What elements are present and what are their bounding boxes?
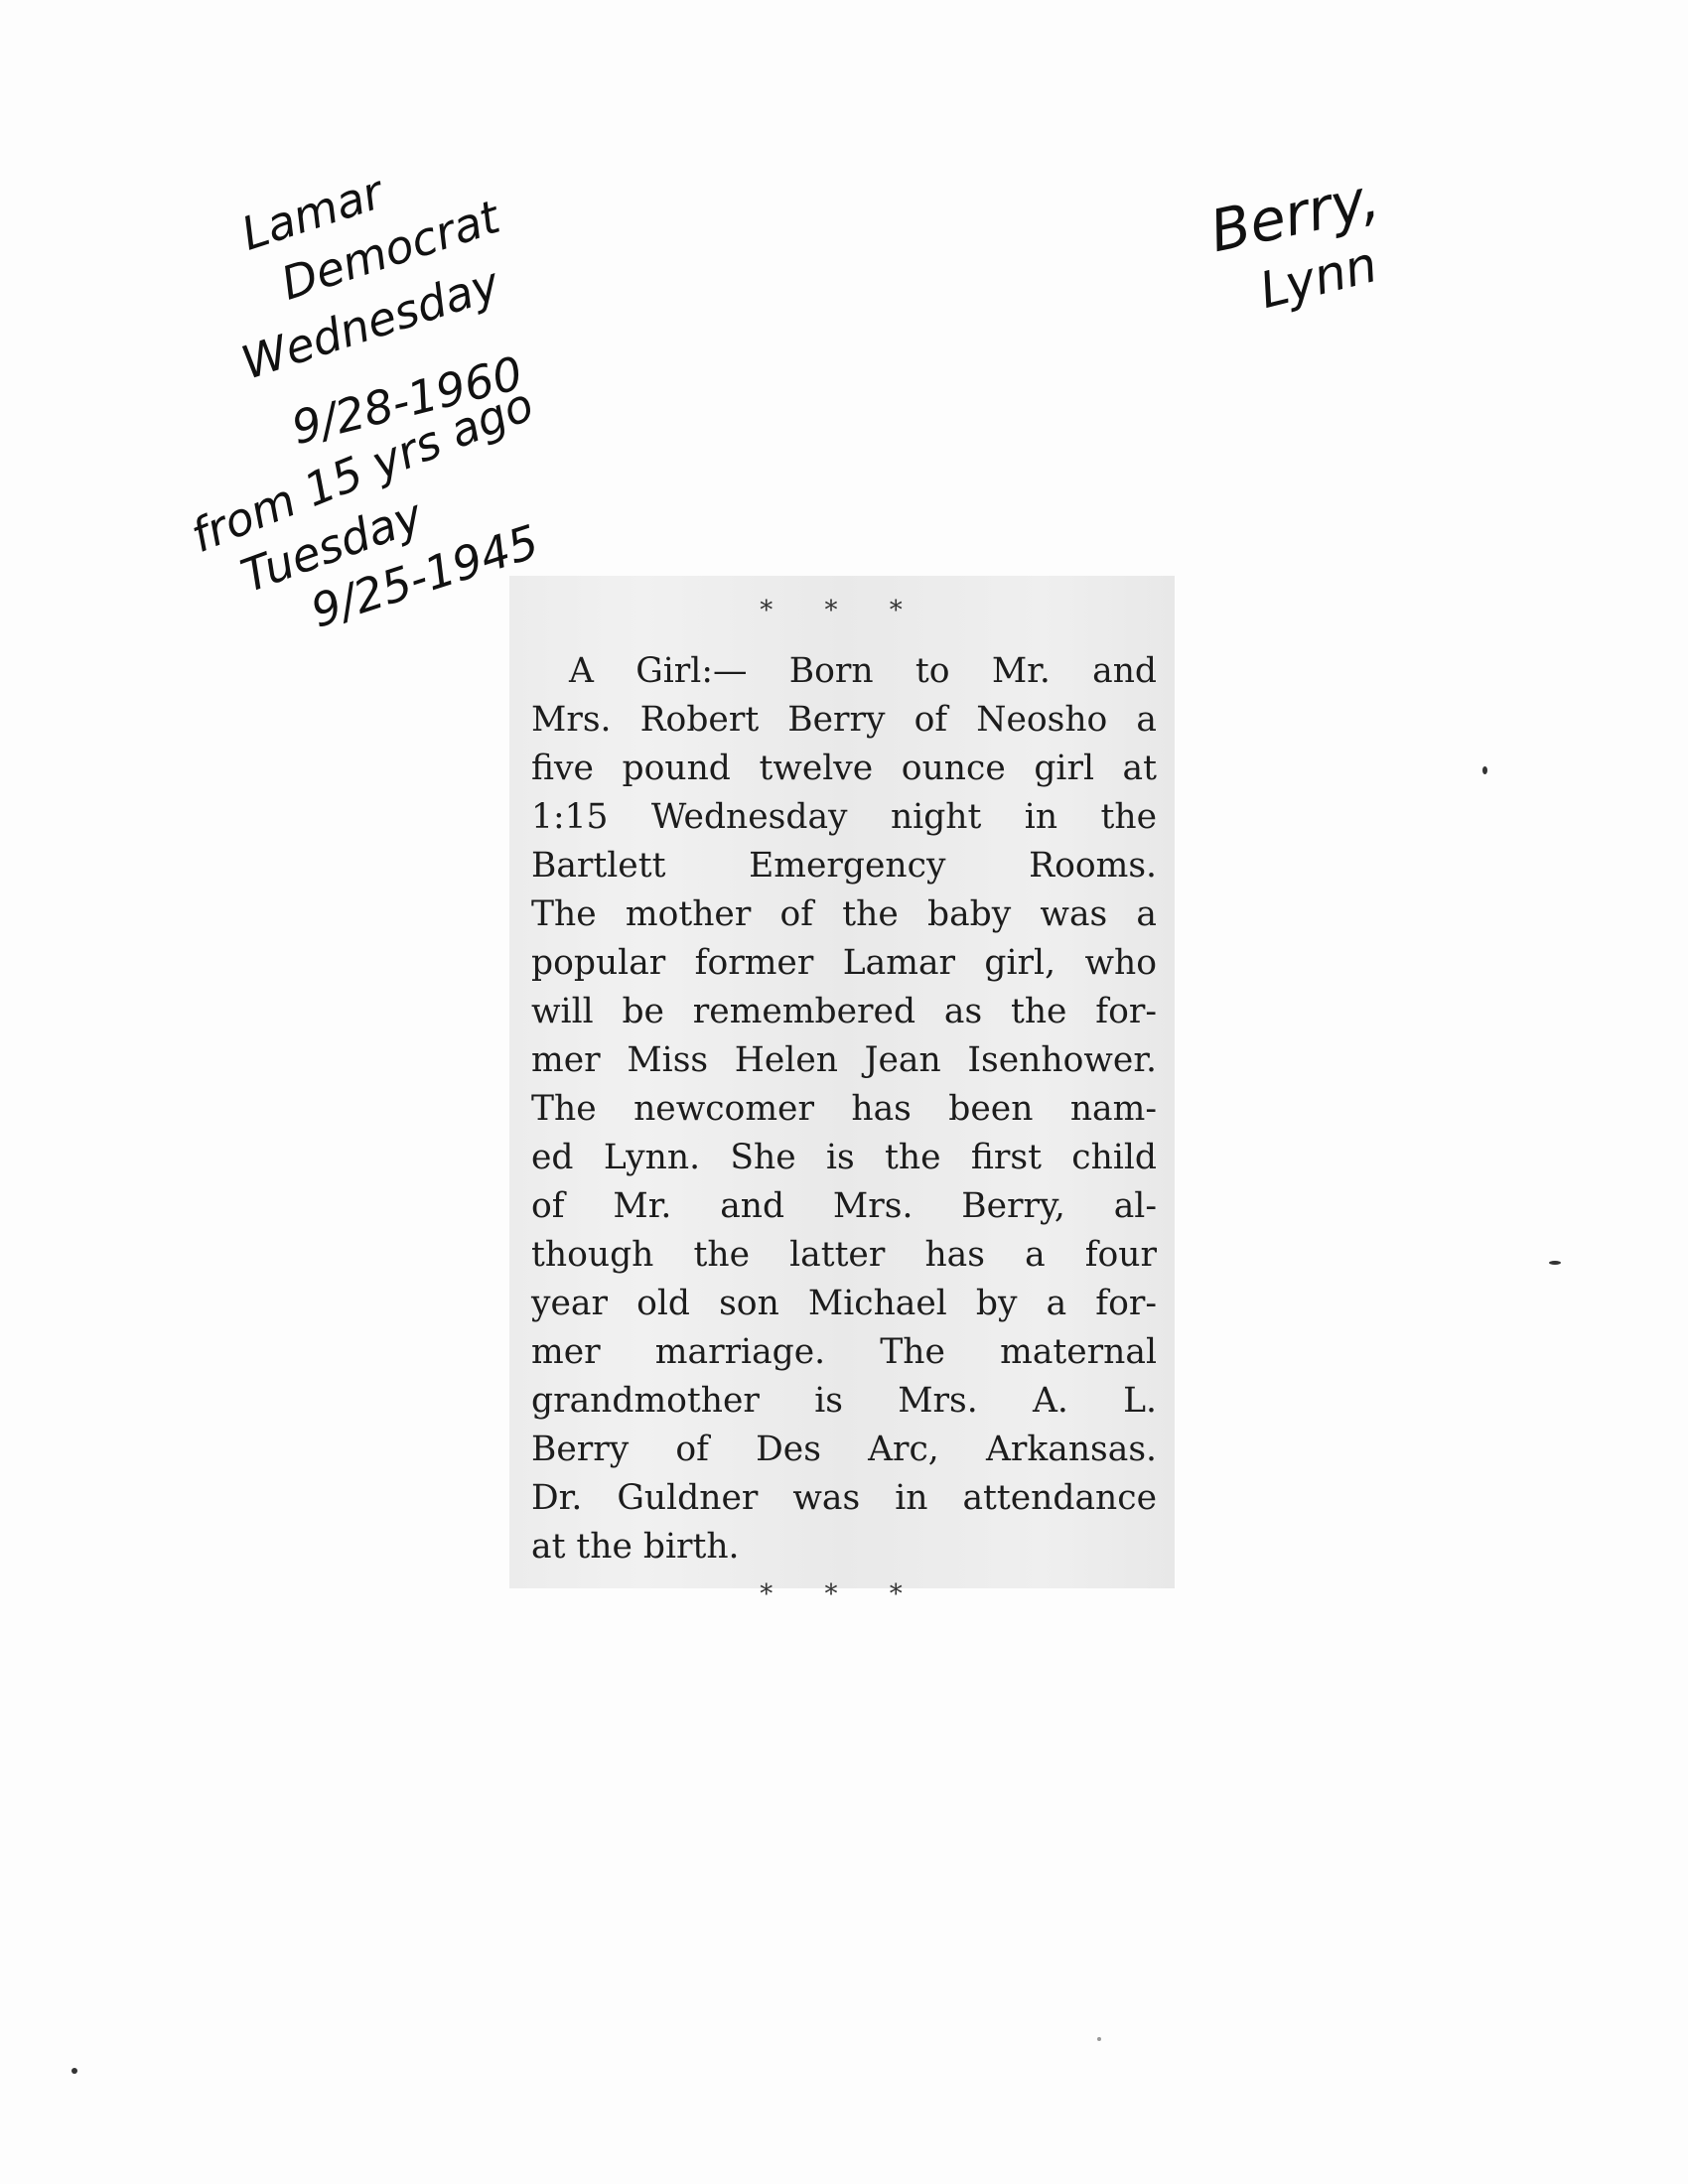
article-line: Bartlett Emergency Rooms. [531, 842, 1157, 890]
article-line: The newcomer has been nam- [531, 1085, 1157, 1134]
article-line: popular former Lamar girl, who [531, 939, 1157, 988]
scan-speck [1482, 766, 1487, 774]
separator-top: * * * [509, 596, 1175, 625]
article-line: at the birth. [531, 1523, 1157, 1571]
scan-speck [1549, 1261, 1561, 1265]
article-line: Berry of Des Arc, Arkansas. [531, 1426, 1157, 1474]
article-line: year old son Michael by a for- [531, 1280, 1157, 1328]
article-line: A Girl:— Born to Mr. and [531, 647, 1157, 696]
article-line: though the latter has a four [531, 1231, 1157, 1280]
article-line: 1:15 Wednesday night in the [531, 793, 1157, 842]
birth-announcement: A Girl:— Born to Mr. and Mrs. Robert Ber… [531, 647, 1157, 1571]
article-line: of Mr. and Mrs. Berry, al- [531, 1182, 1157, 1231]
handwritten-source-note: Lamar Democrat Wednesday 9/28-1960 from … [223, 208, 581, 625]
article-line: The mother of the baby was a [531, 890, 1157, 939]
article-line: five pound twelve ounce girl at [531, 745, 1157, 793]
article-line: Mrs. Robert Berry of Neosho a [531, 696, 1157, 745]
scan-speck [1097, 2037, 1101, 2041]
article-line: Dr. Guldner was in attendance [531, 1474, 1157, 1523]
scan-speck [71, 2068, 77, 2074]
article-line: ed Lynn. She is the first child [531, 1134, 1157, 1182]
article-line: mer Miss Helen Jean Isenhower. [531, 1036, 1157, 1085]
handwritten-name-note: Berry, Lynn [1211, 179, 1509, 357]
article-line: grandmother is Mrs. A. L. [531, 1377, 1157, 1426]
article-line: will be remembered as the for- [531, 988, 1157, 1036]
article-line: mer marriage. The maternal [531, 1328, 1157, 1377]
separator-bottom: * * * [509, 1579, 1175, 1609]
newspaper-clipping: * * * A Girl:— Born to Mr. and Mrs. Robe… [509, 576, 1175, 1588]
